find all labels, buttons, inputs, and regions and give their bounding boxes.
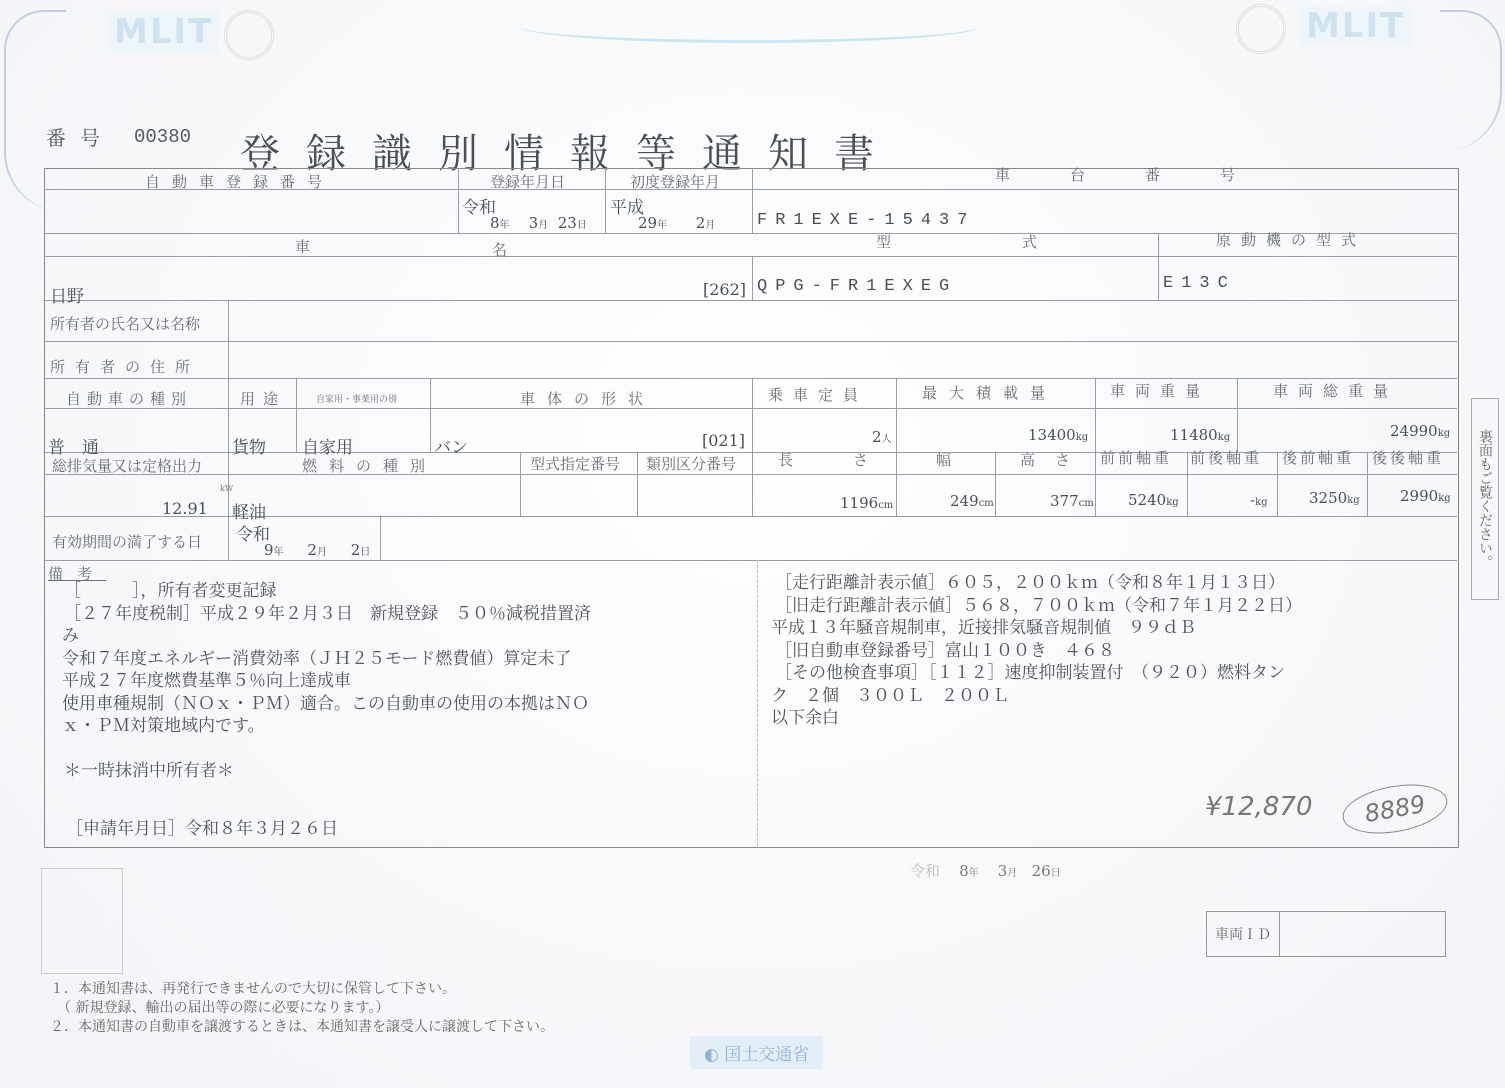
car-name-label-2: 名: [492, 239, 507, 260]
chassis-value: FR1EXE-15437: [757, 211, 975, 230]
car-name-label-1: 車: [295, 236, 310, 257]
front-front-axle-value: 5240kg: [1128, 491, 1179, 509]
expiry-label: 有効期間の満了する日: [52, 531, 202, 552]
car-name-code: [262]: [703, 280, 746, 299]
remark-line: ＊一時抹消中所有者＊: [64, 760, 591, 783]
remark-line: 以下余白: [771, 707, 1302, 730]
top-ornament: [520, 10, 980, 43]
max-load-value: 13400kg: [1028, 426, 1088, 444]
emblem-right: [1236, 4, 1286, 54]
reg-date-value: 8年 3月 23日: [490, 214, 587, 232]
rear-front-axle-value: 3250kg: [1309, 489, 1360, 507]
displacement-label: 総排気量又は定格出力: [52, 455, 202, 476]
model-label-2: 式: [1022, 231, 1037, 252]
remark-line: 使用車種規制（ＮＯｘ・ＰＭ）適合。この自動車の使用の本拠はＮＯ: [62, 693, 591, 716]
remark-line: ［その他検査事項］［１１２］速度抑制装置付 （９２０）燃料タン: [775, 662, 1302, 685]
capacity-label: 乗車定員: [768, 384, 868, 405]
expiry-value: 9年 2月 2日: [264, 541, 370, 559]
blank-stamp-box: [41, 868, 123, 974]
remark-line: 令和７年度エネルギー消費効率（ＪＨ２５モード燃費値）算定未了: [62, 648, 591, 671]
body-shape-value: バン: [434, 433, 468, 458]
vehicle-id-label: 車両ＩＤ: [1207, 912, 1280, 956]
length-label: 長さ: [778, 449, 928, 470]
displacement-value: 12.91: [162, 499, 208, 518]
see-reverse-tab: 裏面もご覧ください。: [1471, 398, 1499, 600]
remark-line: ［旧走行距離計表示値］５６８，７００ｋｍ（令和７年１月２２日）: [775, 595, 1302, 618]
height-value: 377cm: [1050, 492, 1094, 510]
remark-line: ［走行距離計表示値］６０５，２００ｋｍ（令和８年１月１３日）: [775, 572, 1302, 595]
type-designation-label: 型式指定番号: [530, 453, 620, 474]
length-value: 1196cm: [840, 494, 893, 512]
vehicle-weight-label: 車両重量: [1110, 380, 1210, 401]
number-value: 00380: [134, 126, 191, 148]
rear-rear-axle-label: 後後軸重: [1372, 447, 1444, 468]
remark-line: ［ ］，所有者変更記録: [64, 580, 591, 603]
remark-line: 平成１３年騒音規制車，近接排気騒音規制値 ９９ｄＢ: [771, 617, 1302, 640]
remarks-left: ［ ］，所有者変更記録 ［２７年度税制］平成２９年２月３日 新規登録 ５０％減税…: [64, 580, 591, 783]
remark-line: ［旧自動車登録番号］富山１００き ４６８: [775, 640, 1302, 663]
issue-date: 令和 8年 3月 26日: [910, 860, 1061, 881]
gross-weight-label: 車両総重量: [1273, 380, 1398, 401]
remark-line: ［２７年度税制］平成２９年２月３日 新規登録 ５０％減税措置済: [64, 603, 591, 626]
model-value: QPG-FR1EXEG: [757, 277, 957, 296]
displacement-unit-kw: kW: [220, 484, 233, 493]
emblem-left: [224, 10, 274, 60]
use-value: 貨物: [232, 433, 266, 458]
remark-line: 平成２７年度燃費基準５％向上達成車: [62, 670, 591, 693]
application-date: ［申請年月日］令和８年３月２６日: [66, 818, 338, 841]
engine-value: E13C: [1163, 274, 1236, 293]
first-reg-label: 初度登録年月: [630, 171, 720, 192]
width-label: 幅: [936, 449, 951, 470]
owner-address-label: 所有者の住所: [50, 356, 200, 377]
front-front-axle-label: 前前軸重: [1100, 447, 1172, 468]
engine-label: 原動機の型式: [1216, 229, 1366, 250]
body-shape-label: 車体の形状: [520, 388, 655, 409]
vehicle-id-box: 車両ＩＤ: [1206, 911, 1446, 957]
remark-line: ク ２個 ３００Ｌ ２００Ｌ: [771, 685, 1302, 708]
remarks-right: ［走行距離計表示値］６０５，２００ｋｍ（令和８年１月１３日） ［旧走行距離計表示…: [775, 572, 1302, 730]
chassis-label: 車台番号: [995, 164, 1295, 185]
category-number-label: 類別区分番号: [646, 453, 736, 474]
reg-date-label: 登録年月日: [490, 171, 565, 192]
capacity-value: 2人: [872, 428, 892, 446]
fuel-type-label: 燃料の種別: [302, 455, 437, 476]
reg-number-label: 自動車登録番号: [145, 171, 334, 192]
rear-rear-axle-value: 2990kg: [1400, 487, 1451, 505]
mlit-logo-left: MLIT: [108, 12, 219, 52]
vehicle-weight-value: 11480kg: [1170, 426, 1230, 444]
height-label: 高さ: [1020, 449, 1090, 470]
first-reg-value: 29年 2月: [638, 214, 715, 232]
width-value: 249cm: [950, 492, 994, 510]
vehicle-type-label: 自動車の種別: [66, 388, 192, 409]
remark-line: み: [62, 625, 591, 648]
gross-weight-value: 24990kg: [1390, 422, 1450, 440]
remark-line: [64, 738, 591, 761]
private-label: 自家用・事業用の別: [316, 392, 397, 405]
owner-name-label: 所有者の氏名又は名称: [50, 313, 200, 334]
handwritten-fee: ¥12,870: [1205, 792, 1313, 822]
footer-note-1-sub: （ 新規登録、輸出の届出等の際に必要になります。）: [50, 997, 389, 1017]
ministry-logo-icon: ◐: [704, 1045, 724, 1065]
car-name-value: 日野: [50, 282, 84, 307]
rear-front-axle-label: 後前軸重: [1282, 447, 1354, 468]
footer-note-2: ２．本通知書の自動車を譲渡するときは、本通知書を譲受人に譲渡して下さい。: [50, 1016, 554, 1036]
use-label: 用途: [240, 388, 286, 409]
ministry-seal: ◐ 国土交通省: [690, 1036, 823, 1069]
number-label: 番号: [46, 122, 114, 151]
front-rear-axle-label: 前後軸重: [1190, 447, 1262, 468]
max-load-label: 最大積載量: [922, 382, 1057, 403]
mlit-logo-right: MLIT: [1300, 6, 1411, 46]
remark-line: ｘ・ＰＭ対策地域内です。: [62, 715, 591, 738]
front-rear-axle-value: -kg: [1250, 491, 1268, 509]
model-label-1: 型: [876, 231, 891, 252]
footer-note-1: １．本通知書は、再発行できませんので大切に保管して下さい。: [50, 978, 456, 998]
body-shape-code: [021]: [702, 431, 745, 450]
